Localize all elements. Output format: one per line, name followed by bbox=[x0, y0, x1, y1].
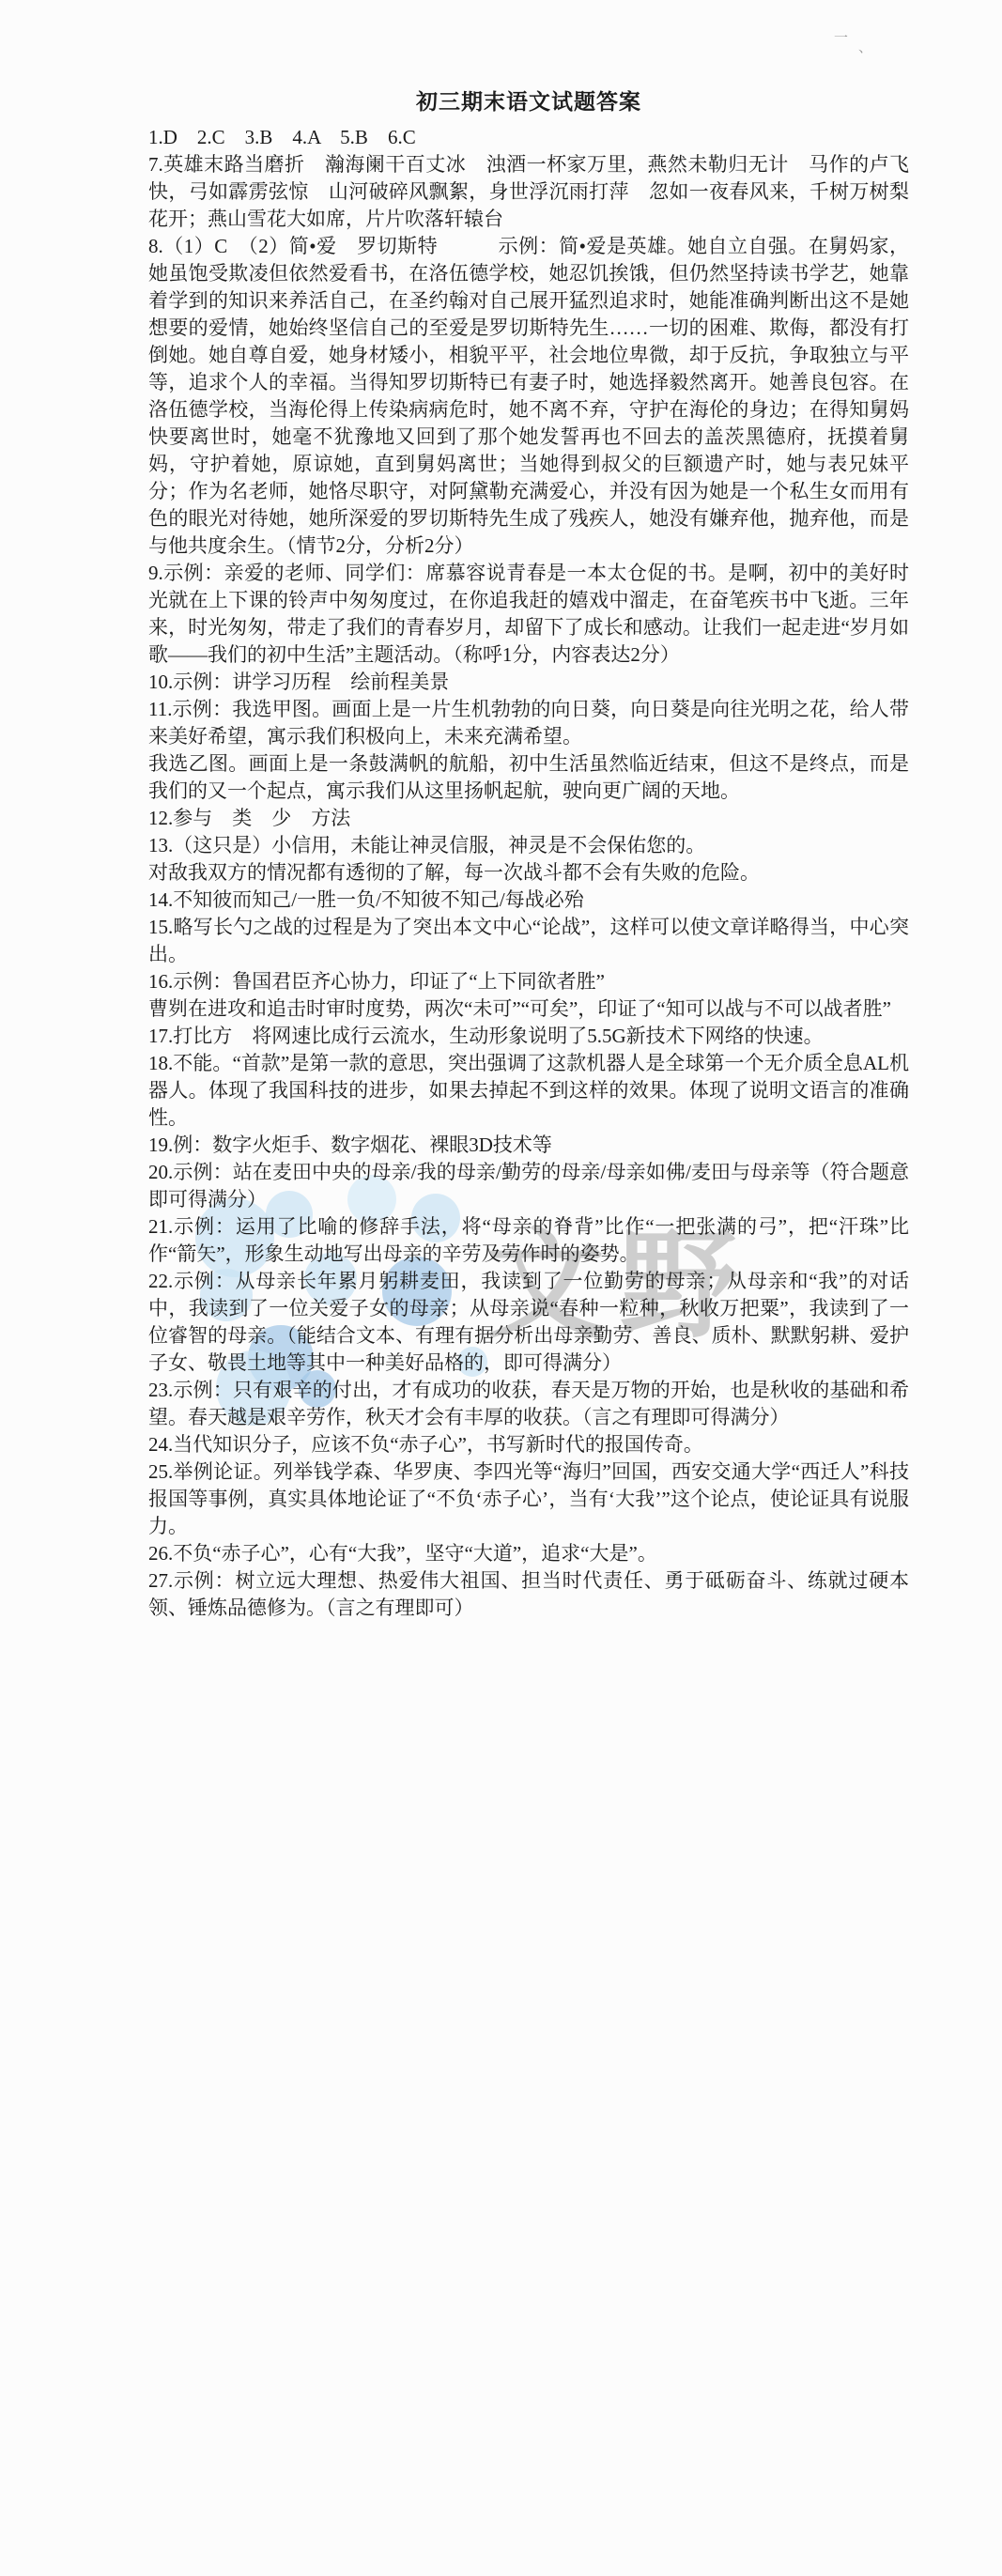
answer-p6: 11.示例：我选甲图。画面上是一片生机勃勃的向日葵，向日葵是向往光明之花，给人带… bbox=[148, 696, 909, 750]
answer-p12: 15.略写长勺之战的过程是为了突出本文中心“论战”，这样可以使文章详略得当，中心… bbox=[148, 914, 909, 968]
answer-p16: 18.不能。“首款”是第一款的意思，突出强调了这款机器人是全球第一个无介质全息A… bbox=[148, 1050, 909, 1132]
document-content: 初三期末语文试题答案 1.D 2.C 3.B 4.A 5.B 6.C 7.英雄末… bbox=[148, 85, 909, 1622]
answer-p25: 27.示例：树立远大理想、热爱伟大祖国、担当时代责任、勇于砥砺奋斗、练就过硬本领… bbox=[148, 1567, 909, 1622]
answer-p22: 24.当代知识分子，应该不负“赤子心”，书写新时代的报国传奇。 bbox=[148, 1431, 909, 1458]
answer-p21: 23.示例：只有艰辛的付出，才有成功的收获，春天是万物的开始，也是秋收的基础和希… bbox=[148, 1377, 909, 1431]
answer-p2: 7.英雄末路当磨折 瀚海阑干百丈冰 浊酒一杯家万里，燕然未勒归无计 马作的卢飞快… bbox=[148, 151, 909, 233]
answer-p3: 8.（1）C （2）简•爱 罗切斯特 示例：简•爱是英雄。她自立自强。在舅妈家，… bbox=[148, 233, 909, 560]
scanned-answer-sheet-page: 文野 一 、 初三期末语文试题答案 1.D 2.C 3.B 4.A 5.B 6.… bbox=[0, 0, 1002, 2576]
answer-p4: 9.示例：亲爱的老师、同学们：席慕容说青春是一本太仓促的书。是啊，初中的美好时光… bbox=[148, 560, 909, 669]
answer-p15: 17.打比方 将网速比成行云流水，生动形象说明了5.5G新技术下网络的快速。 bbox=[148, 1023, 909, 1050]
answer-p1: 1.D 2.C 3.B 4.A 5.B 6.C bbox=[148, 124, 909, 151]
answer-p8: 12.参与 类 少 方法 bbox=[148, 805, 909, 832]
answer-p23: 25.举例论证。列举钱学森、华罗庚、李四光等“海归”回国，西安交通大学“西迁人”… bbox=[148, 1458, 909, 1540]
answer-p17: 19.例：数字火炬手、数字烟花、裸眼3D技术等 bbox=[148, 1132, 909, 1159]
answer-p9: 13.（这只是）小信用，未能让神灵信服，神灵是不会保佑您的。 bbox=[148, 832, 909, 859]
answer-p14: 曹刿在进攻和追击时审时度势，两次“未可”“可矣”，印证了“知可以战与不可以战者胜… bbox=[148, 995, 909, 1023]
stray-mark: 、 bbox=[858, 41, 872, 55]
page-title: 初三期末语文试题答案 bbox=[148, 85, 909, 116]
answer-p20: 22.示例：从母亲长年累月躬耕麦田，我读到了一位勤劳的母亲；从母亲和“我”的对话… bbox=[148, 1268, 909, 1377]
answer-p24: 26.不负“赤子心”，心有“大我”，坚守“大道”，追求“大是”。 bbox=[148, 1540, 909, 1567]
answer-p5: 10.示例：讲学习历程 绘前程美景 bbox=[148, 669, 909, 696]
answer-p13: 16.示例：鲁国君臣齐心协力，印证了“上下同欲者胜” bbox=[148, 968, 909, 995]
answer-p11: 14.不知彼而知己/一胜一负/不知彼不知己/每战必殆 bbox=[148, 887, 909, 914]
answer-p10: 对敌我双方的情况都有透彻的了解，每一次战斗都不会有失败的危险。 bbox=[148, 859, 909, 887]
answer-p19: 21.示例：运用了比喻的修辞手法，将“母亲的脊背”比作“一把张满的弓”，把“汗珠… bbox=[148, 1213, 909, 1268]
answer-p7: 我选乙图。画面上是一条鼓满帆的航船，初中生活虽然临近结束，但这不是终点，而是我们… bbox=[148, 750, 909, 805]
answer-p18: 20.示例：站在麦田中央的母亲/我的母亲/勤劳的母亲/母亲如佛/麦田与母亲等（符… bbox=[148, 1159, 909, 1213]
stray-mark: 一 bbox=[834, 32, 848, 46]
